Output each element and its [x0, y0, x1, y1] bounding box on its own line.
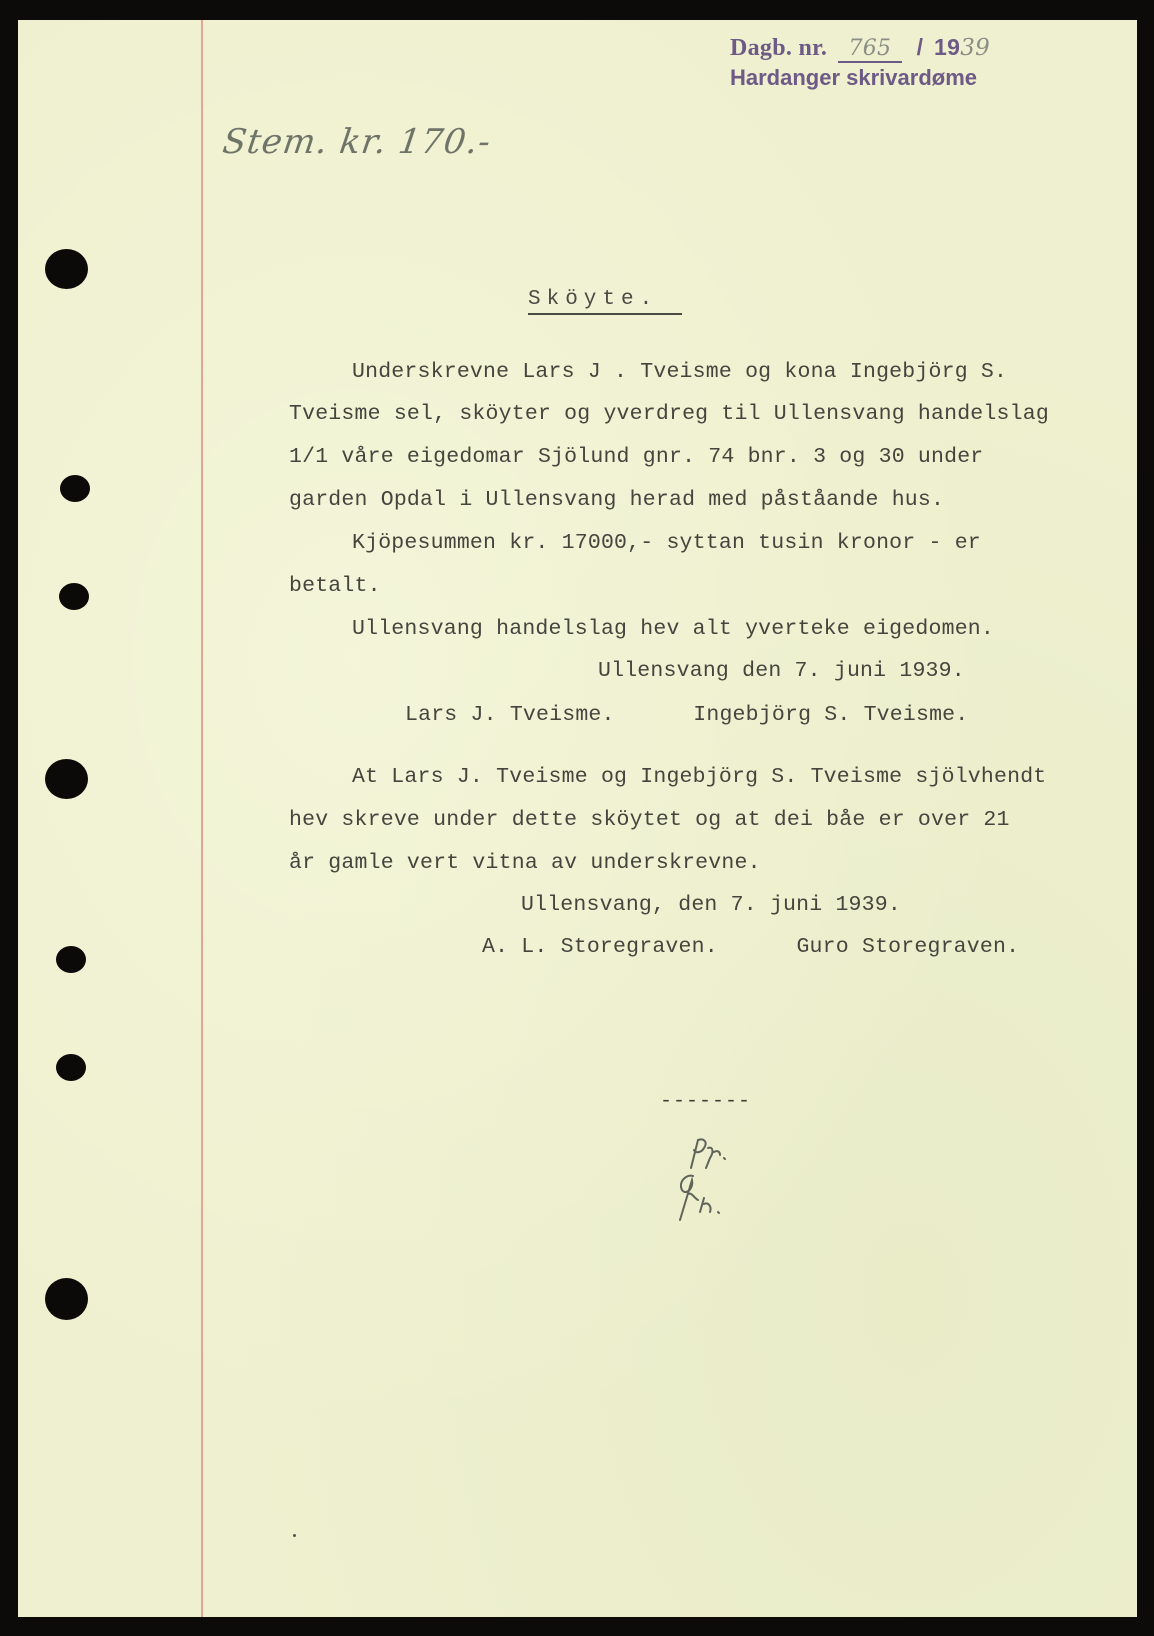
stamp-year-printed: 19: [934, 34, 960, 60]
punch-hole: [60, 475, 90, 502]
stray-ink-mark: [293, 1534, 296, 1537]
body-line: 1/1 våre eigedomar Sjölund gnr. 74 bnr. …: [289, 445, 983, 469]
separator-dashes: -------: [660, 1090, 751, 1113]
stamp-prefix: Dagb. nr.: [730, 35, 827, 61]
body-line: hev skreve under dette sköytet og at dei…: [289, 808, 1010, 832]
stamp-entry-line: Dagb. nr. 765 / 1939: [730, 34, 990, 63]
body-line: Ullensvang handelslag hev alt yverteke e…: [352, 617, 994, 641]
witness-signature-line: A. L. Storegraven. Guro Storegraven.: [482, 935, 1019, 959]
punch-hole: [56, 1054, 86, 1081]
punch-hole: [45, 249, 88, 289]
stamp-slash: /: [917, 34, 924, 60]
document-page: Dagb. nr. 765 / 1939 Hardanger skrivardø…: [18, 20, 1137, 1617]
margin-rule: [201, 20, 203, 1617]
date-line: Ullensvang, den 7. juni 1939.: [521, 893, 901, 917]
punch-hole: [45, 759, 88, 799]
body-line: Tveisme sel, sköyter og yverdreg til Ull…: [289, 402, 1049, 426]
registry-stamp: Dagb. nr. 765 / 1939 Hardanger skrivardø…: [730, 34, 990, 91]
punch-hole: [59, 583, 89, 610]
document-title: Sköyte.: [528, 288, 682, 315]
body-line: år gamle vert vitna av underskrevne.: [289, 851, 761, 875]
handwritten-fee-note: Stem. kr. 170.-: [220, 122, 493, 162]
body-line: Kjöpesummen kr. 17000,- syttan tusin kro…: [352, 531, 981, 555]
punch-hole: [56, 946, 86, 973]
body-line: Underskrevne Lars J . Tveisme og kona In…: [352, 360, 1007, 384]
stamp-year-handwritten: 39: [960, 35, 990, 61]
signature-line: Lars J. Tveisme. Ingebjörg S. Tveisme.: [405, 703, 968, 727]
body-line: garden Opdal i Ullensvang herad med påst…: [289, 488, 944, 512]
handwritten-initials: [658, 1128, 768, 1228]
stamp-office: Hardanger skrivardøme: [730, 65, 990, 91]
date-line: Ullensvang den 7. juni 1939.: [598, 659, 965, 683]
body-line: betalt.: [289, 574, 381, 598]
punch-hole: [45, 1278, 88, 1320]
body-line: At Lars J. Tveisme og Ingebjörg S. Tveis…: [352, 765, 1046, 789]
stamp-entry-number: 765: [838, 36, 902, 63]
